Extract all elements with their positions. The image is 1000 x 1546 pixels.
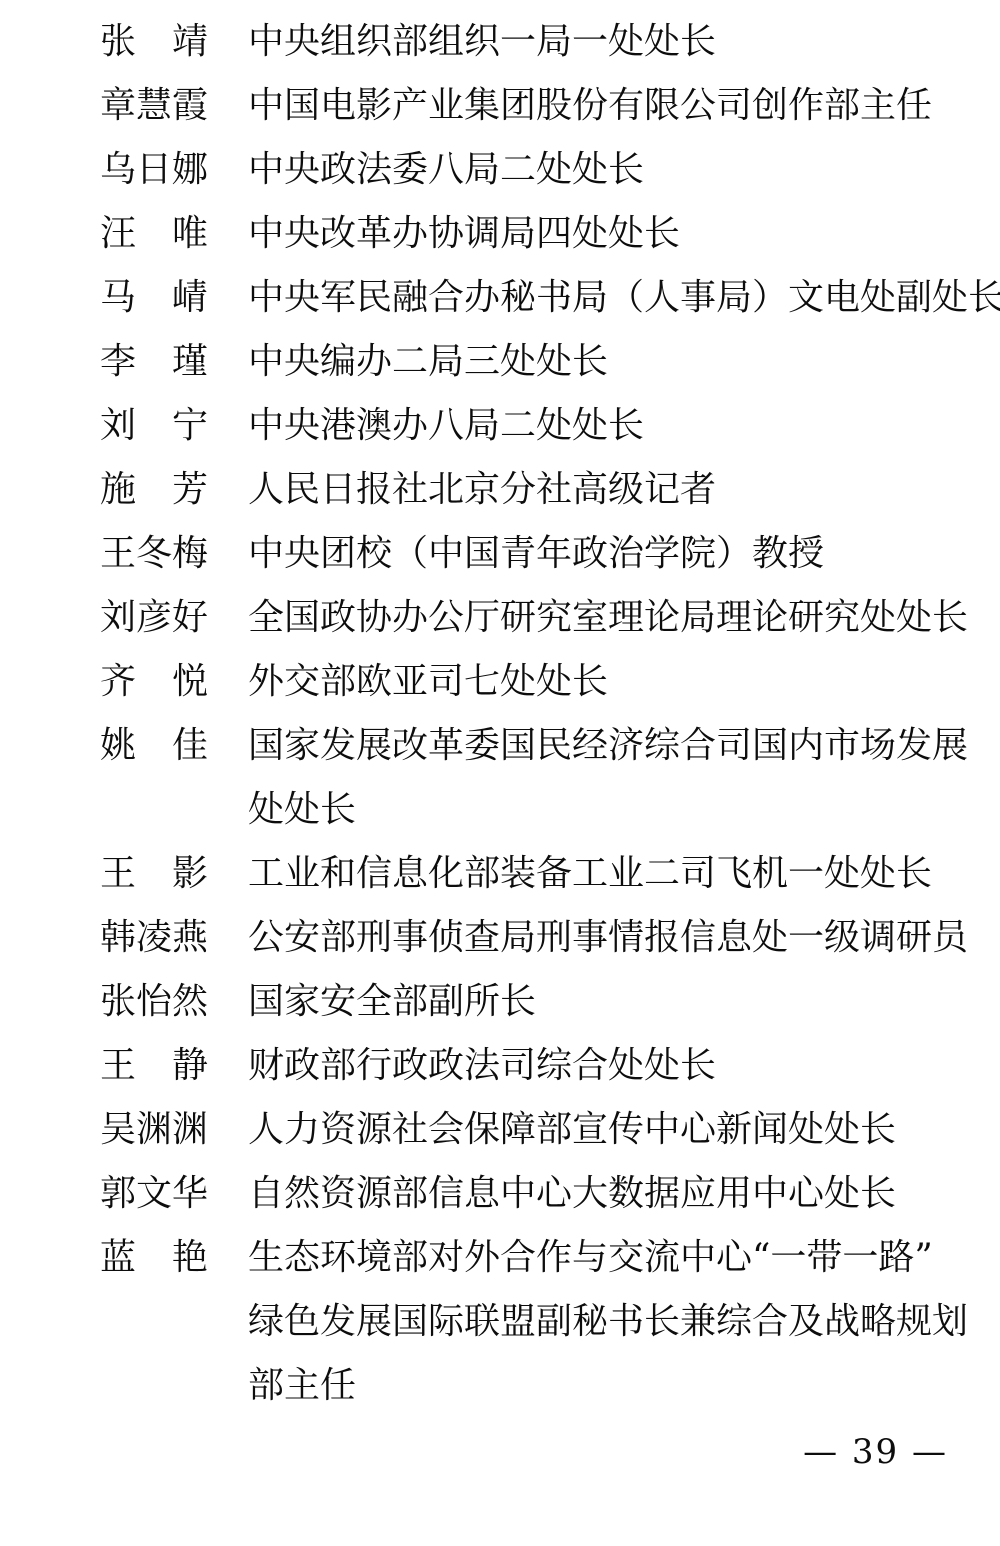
list-entry: 姚 佳 国家发展改革委国民经济综合司国内市场发展 处处长 — [0, 714, 1000, 842]
person-title-line: 公安部刑事侦查局刑事情报信息处一级调研员 — [248, 906, 988, 970]
list-entry: 汪 唯 中央改革办协调局四处处长 — [0, 202, 1000, 266]
person-title: 中央政法委八局二处处长 — [248, 138, 988, 202]
person-title: 自然资源部信息中心大数据应用中心处长 — [248, 1162, 988, 1226]
person-title: 财政部行政政法司综合处处长 — [248, 1034, 988, 1098]
person-title-line: 部主任 — [248, 1354, 988, 1418]
person-name: 乌日娜 — [100, 138, 212, 202]
person-title-line: 人民日报社北京分社高级记者 — [248, 458, 988, 522]
list-entry: 吴渊渊 人力资源社会保障部宣传中心新闻处处长 — [0, 1098, 1000, 1162]
person-title: 国家发展改革委国民经济综合司国内市场发展 处处长 — [248, 714, 988, 842]
person-title: 国家安全部副所长 — [248, 970, 988, 1034]
list-entry: 刘彦好 全国政协办公厅研究室理论局理论研究处处长 — [0, 586, 1000, 650]
person-name: 汪 唯 — [100, 202, 212, 266]
person-title: 中央港澳办八局二处处长 — [248, 394, 988, 458]
person-name: 王 静 — [100, 1034, 212, 1098]
person-title-line: 财政部行政政法司综合处处长 — [248, 1034, 988, 1098]
list-entry: 张 靖 中央组织部组织一局一处处长 — [0, 10, 1000, 74]
person-name: 章慧霞 — [100, 74, 212, 138]
list-entry: 马 崝 中央军民融合办秘书局（人事局）文电处副处长 — [0, 266, 1000, 330]
person-title-line: 处处长 — [248, 778, 988, 842]
person-name: 齐 悦 — [100, 650, 212, 714]
list-entry: 齐 悦 外交部欧亚司七处处长 — [0, 650, 1000, 714]
person-name: 刘 宁 — [100, 394, 212, 458]
list-entry: 王冬梅 中央团校（中国青年政治学院）教授 — [0, 522, 1000, 586]
person-name: 郭文华 — [100, 1162, 212, 1226]
person-title-line: 国家发展改革委国民经济综合司国内市场发展 — [248, 714, 988, 778]
person-title-line: 自然资源部信息中心大数据应用中心处长 — [248, 1162, 988, 1226]
person-name: 李 瑾 — [100, 330, 212, 394]
person-title: 生态环境部对外合作与交流中心“一带一路” 绿色发展国际联盟副秘书长兼综合及战略规… — [248, 1226, 988, 1418]
person-title-line: 中央组织部组织一局一处处长 — [248, 10, 988, 74]
person-title: 中央军民融合办秘书局（人事局）文电处副处长 — [248, 266, 988, 330]
person-name: 蓝 艳 — [100, 1226, 212, 1290]
list-entry: 王 静 财政部行政政法司综合处处长 — [0, 1034, 1000, 1098]
person-title: 中央改革办协调局四处处长 — [248, 202, 988, 266]
list-entry: 刘 宁 中央港澳办八局二处处长 — [0, 394, 1000, 458]
person-title: 中央团校（中国青年政治学院）教授 — [248, 522, 988, 586]
list-entry: 张怡然 国家安全部副所长 — [0, 970, 1000, 1034]
person-title: 全国政协办公厅研究室理论局理论研究处处长 — [248, 586, 988, 650]
person-name: 吴渊渊 — [100, 1098, 212, 1162]
person-title-line: 中央团校（中国青年政治学院）教授 — [248, 522, 988, 586]
person-title-line: 中央军民融合办秘书局（人事局）文电处副处长 — [248, 266, 988, 330]
person-name: 施 芳 — [100, 458, 212, 522]
person-title-line: 人力资源社会保障部宣传中心新闻处处长 — [248, 1098, 988, 1162]
person-title-line: 外交部欧亚司七处处长 — [248, 650, 988, 714]
page-number: — 39 — — [803, 1422, 948, 1482]
list-entry: 韩凌燕 公安部刑事侦查局刑事情报信息处一级调研员 — [0, 906, 1000, 970]
person-title: 中国电影产业集团股份有限公司创作部主任 — [248, 74, 988, 138]
list-entry: 章慧霞 中国电影产业集团股份有限公司创作部主任 — [0, 74, 1000, 138]
list-entry: 乌日娜 中央政法委八局二处处长 — [0, 138, 1000, 202]
person-title-line: 中国电影产业集团股份有限公司创作部主任 — [248, 74, 988, 138]
person-title-line: 中央改革办协调局四处处长 — [248, 202, 988, 266]
person-title-line: 绿色发展国际联盟副秘书长兼综合及战略规划 — [248, 1290, 988, 1354]
document-page: 张 靖 中央组织部组织一局一处处长 章慧霞 中国电影产业集团股份有限公司创作部主… — [0, 0, 1000, 1546]
person-name: 王冬梅 — [100, 522, 212, 586]
person-title-line: 国家安全部副所长 — [248, 970, 988, 1034]
person-name: 张怡然 — [100, 970, 212, 1034]
name-title-list: 张 靖 中央组织部组织一局一处处长 章慧霞 中国电影产业集团股份有限公司创作部主… — [0, 0, 1000, 1418]
person-title-line: 全国政协办公厅研究室理论局理论研究处处长 — [248, 586, 988, 650]
person-title-line: 中央编办二局三处处长 — [248, 330, 988, 394]
list-entry: 郭文华 自然资源部信息中心大数据应用中心处长 — [0, 1162, 1000, 1226]
person-title: 人民日报社北京分社高级记者 — [248, 458, 988, 522]
person-name: 马 崝 — [100, 266, 212, 330]
person-title-line: 生态环境部对外合作与交流中心“一带一路” — [248, 1226, 988, 1290]
person-title-line: 中央港澳办八局二处处长 — [248, 394, 988, 458]
list-entry: 王 影 工业和信息化部装备工业二司飞机一处处长 — [0, 842, 1000, 906]
person-name: 王 影 — [100, 842, 212, 906]
person-title-line: 工业和信息化部装备工业二司飞机一处处长 — [248, 842, 988, 906]
person-title-line: 中央政法委八局二处处长 — [248, 138, 988, 202]
person-title: 公安部刑事侦查局刑事情报信息处一级调研员 — [248, 906, 988, 970]
person-title: 中央组织部组织一局一处处长 — [248, 10, 988, 74]
person-title: 中央编办二局三处处长 — [248, 330, 988, 394]
list-entry: 施 芳 人民日报社北京分社高级记者 — [0, 458, 1000, 522]
person-name: 刘彦好 — [100, 586, 212, 650]
person-name: 姚 佳 — [100, 714, 212, 778]
person-name: 韩凌燕 — [100, 906, 212, 970]
list-entry: 蓝 艳 生态环境部对外合作与交流中心“一带一路” 绿色发展国际联盟副秘书长兼综合… — [0, 1226, 1000, 1418]
person-title: 外交部欧亚司七处处长 — [248, 650, 988, 714]
person-title: 工业和信息化部装备工业二司飞机一处处长 — [248, 842, 988, 906]
person-title: 人力资源社会保障部宣传中心新闻处处长 — [248, 1098, 988, 1162]
list-entry: 李 瑾 中央编办二局三处处长 — [0, 330, 1000, 394]
person-name: 张 靖 — [100, 10, 212, 74]
